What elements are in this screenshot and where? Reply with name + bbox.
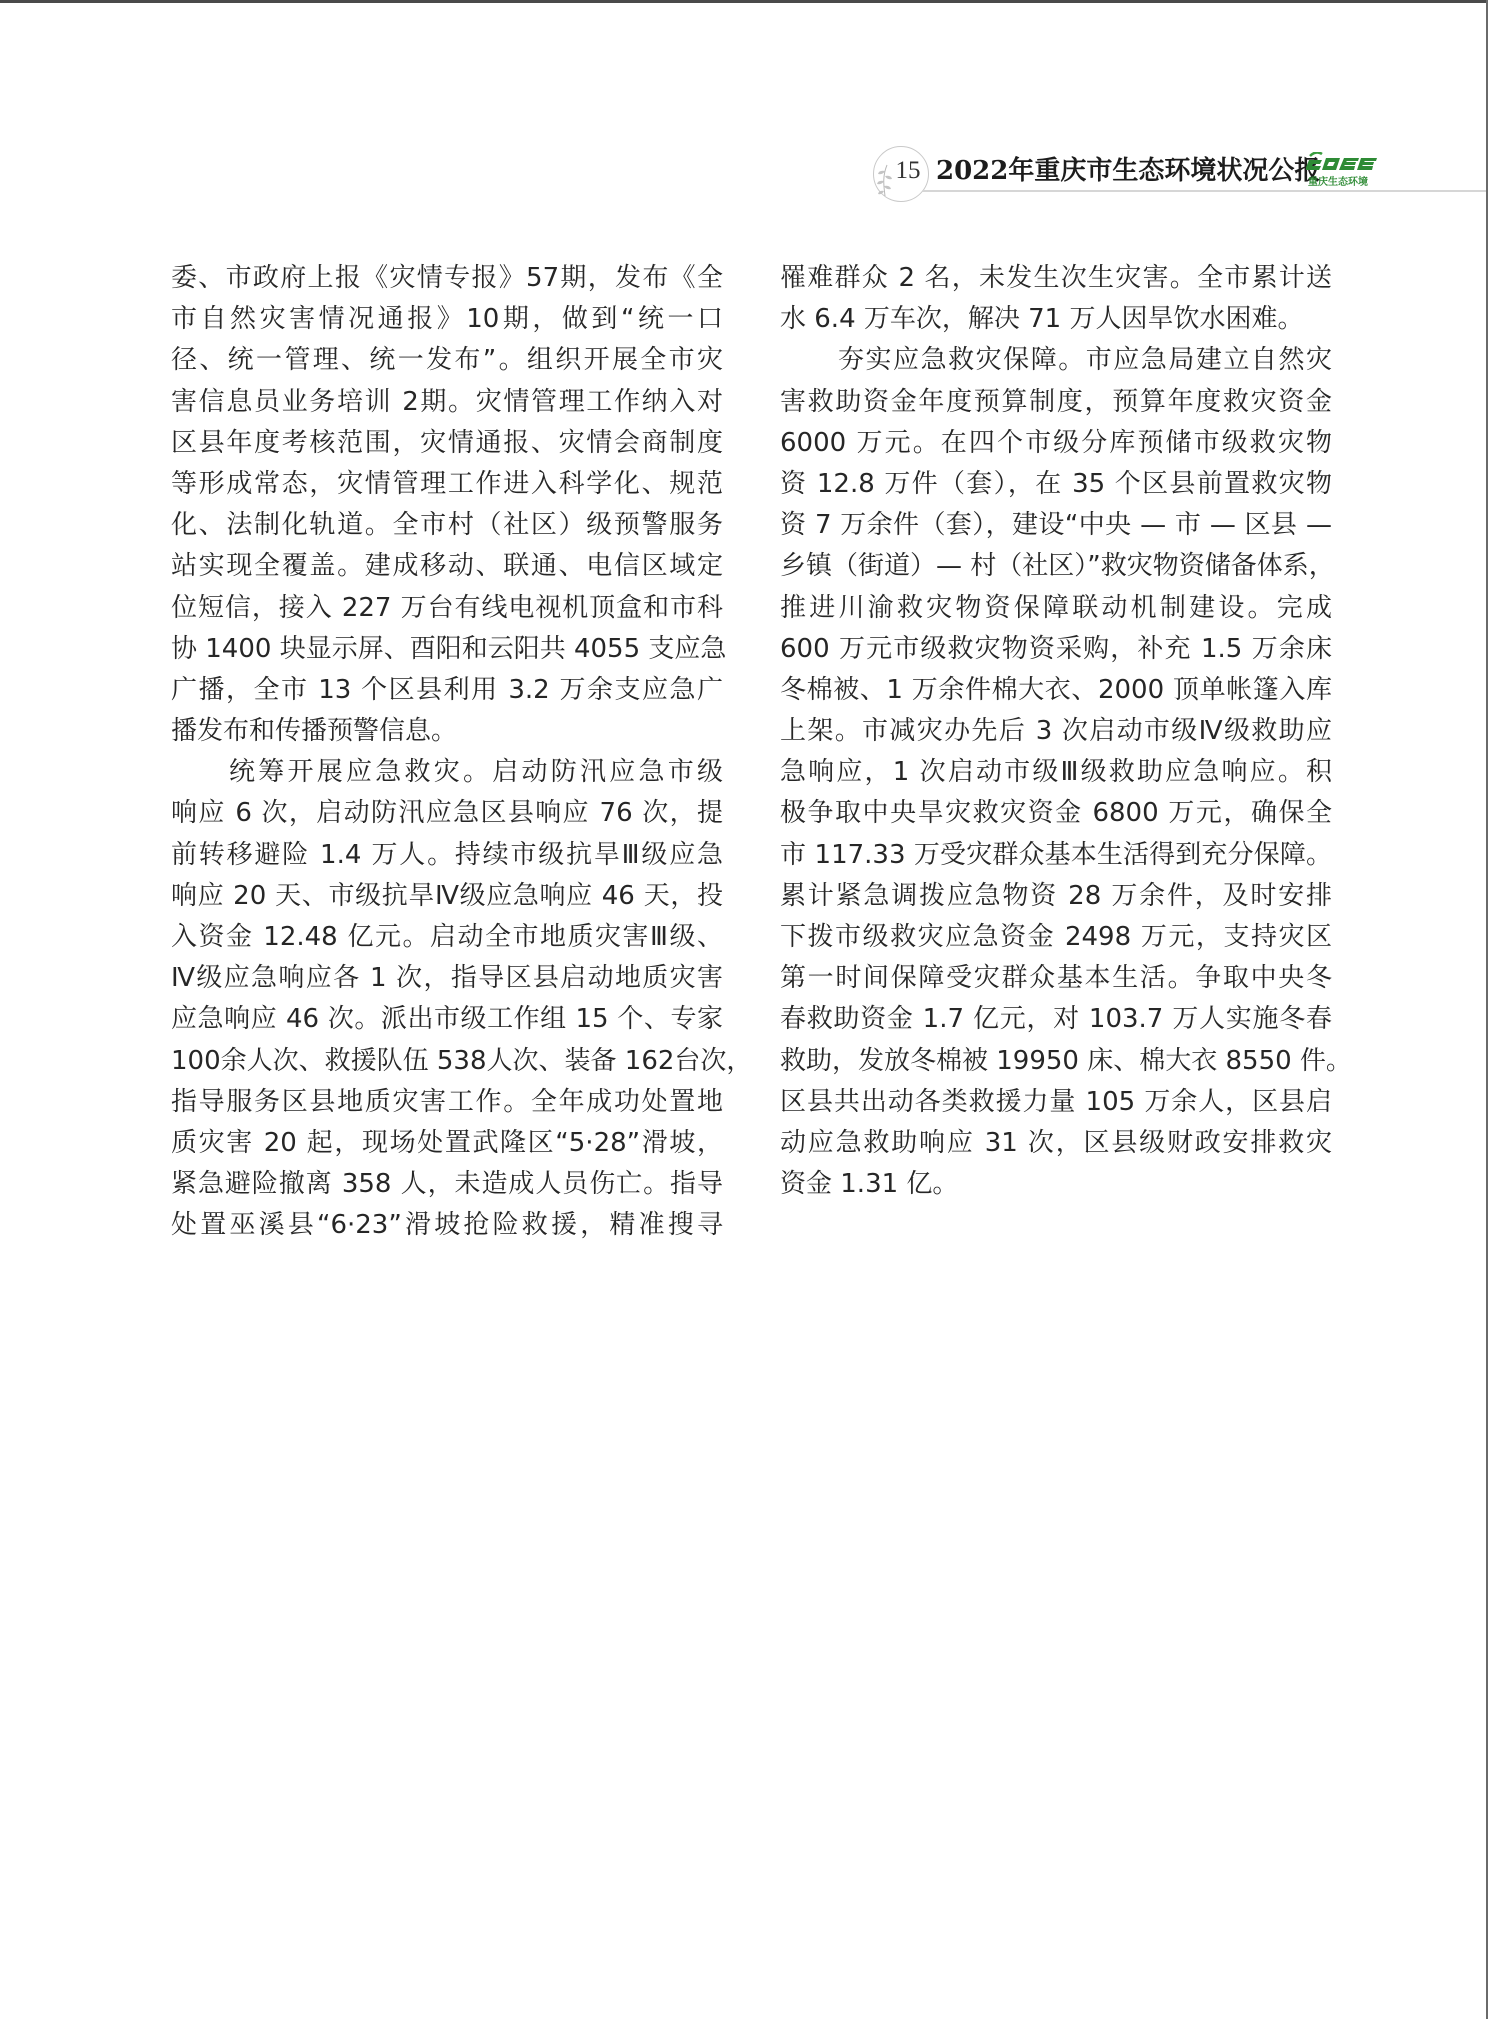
- text-line: 推进川渝救灾物资保障联动机制建设。完成: [780, 588, 1332, 629]
- text-line: 委、市政府上报《灾情专报》57期，发布《全: [171, 258, 723, 299]
- text-line: 春救助资金 1.7 亿元，对 103.7 万人实施冬春: [780, 999, 1332, 1040]
- report-title: 2022年重庆市生态环境状况公报: [936, 150, 1320, 187]
- text-line: 救助，发放冬棉被 19950 床、棉大衣 8550 件。: [780, 1041, 1332, 1082]
- text-line: 市 117.33 万受灾群众基本生活得到充分保障。: [780, 835, 1332, 876]
- cqee-logo: 重庆生态环境: [1306, 152, 1378, 188]
- text-line: 协 1400 块显示屏、酉阳和云阳共 4055 支应急: [171, 629, 723, 670]
- text-line: 资 12.8 万件（套），在 35 个区县前置救灾物: [780, 464, 1332, 505]
- text-line: 径、统一管理、统一发布”。组织开展全市灾: [171, 340, 723, 381]
- header-divider: [923, 190, 1486, 192]
- text-line: 质灾害 20 起，现场处置武隆区“5·28”滑坡，: [171, 1123, 723, 1164]
- page-number: 15: [892, 157, 924, 185]
- text-line: 害救助资金年度预算制度，预算年度救灾资金: [780, 382, 1332, 423]
- paragraph-heading-line: 统筹开展应急救灾。启动防汛应急市级: [171, 752, 723, 793]
- text-line: 下拨市级救灾应急资金 2498 万元，支持灾区: [780, 917, 1332, 958]
- page-header: 15 2022年重庆市生态环境状况公报 重庆生态环境: [0, 0, 1488, 200]
- text-line: 100余人次、救援队伍 538人次、装备 162台次，: [171, 1041, 723, 1082]
- text-line: 第一时间保障受灾群众基本生活。争取中央冬: [780, 958, 1332, 999]
- page-number-badge: 15: [873, 146, 929, 202]
- text-line: 化、法制化轨道。全市村（社区）级预警服务: [171, 505, 723, 546]
- text-line: 害信息员业务培训 2期。灾情管理工作纳入对: [171, 382, 723, 423]
- logo-caption: 重庆生态环境: [1308, 173, 1368, 188]
- text-line: 站实现全覆盖。建成移动、联通、电信区域定: [171, 546, 723, 587]
- paragraph-heading-line: 夯实应急救灾保障。市应急局建立自然灾: [780, 340, 1332, 381]
- text-line: 响应 6 次，启动防汛应急区县响应 76 次，提: [171, 793, 723, 834]
- text-line: 播发布和传播预警信息。: [171, 711, 723, 752]
- text-line: 区县年度考核范围，灾情通报、灾情会商制度: [171, 423, 723, 464]
- text-line: 位短信，接入 227 万台有线电视机顶盒和市科: [171, 588, 723, 629]
- text-line: 入资金 12.48 亿元。启动全市地质灾害Ⅲ级、: [171, 917, 723, 958]
- text-line: 前转移避险 1.4 万人。持续市级抗旱Ⅲ级应急: [171, 835, 723, 876]
- text-line: 600 万元市级救灾物资采购，补充 1.5 万余床: [780, 629, 1332, 670]
- text-line: 水 6.4 万车次，解决 71 万人因旱饮水困难。: [780, 299, 1332, 340]
- body-column-left: 委、市政府上报《灾情专报》57期，发布《全 市自然灾害情况通报》10期，做到“统…: [171, 258, 723, 1247]
- text-line: 广播，全市 13 个区县利用 3.2 万余支应急广: [171, 670, 723, 711]
- text-line: 冬棉被、1 万余件棉大衣、2000 顶单帐篷入库: [780, 670, 1332, 711]
- text-line: 极争取中央旱灾救灾资金 6800 万元，确保全: [780, 793, 1332, 834]
- text-line: 6000 万元。在四个市级分库预储市级救灾物: [780, 423, 1332, 464]
- text-line: 乡镇（街道）— 村（社区）”救灾物资储备体系，: [780, 546, 1332, 587]
- body-column-right: 罹难群众 2 名，未发生次生灾害。全市累计送 水 6.4 万车次，解决 71 万…: [780, 258, 1332, 1205]
- text-line: 区县共出动各类救援力量 105 万余人，区县启: [780, 1082, 1332, 1123]
- text-line: 等形成常态，灾情管理工作进入科学化、规范: [171, 464, 723, 505]
- text-line: 紧急避险撤离 358 人，未造成人员伤亡。指导: [171, 1164, 723, 1205]
- text-line: 资金 1.31 亿。: [780, 1164, 1332, 1205]
- text-line: Ⅳ级应急响应各 1 次，指导区县启动地质灾害: [171, 958, 723, 999]
- text-line: 资 7 万余件（套），建设“中央 — 市 — 区县 —: [780, 505, 1332, 546]
- text-line: 罹难群众 2 名，未发生次生灾害。全市累计送: [780, 258, 1332, 299]
- text-line: 应急响应 46 次。派出市级工作组 15 个、专家: [171, 999, 723, 1040]
- cqee-logo-icon: [1306, 152, 1378, 172]
- text-line: 动应急救助响应 31 次，区县级财政安排救灾: [780, 1123, 1332, 1164]
- text-line: 上架。市减灾办先后 3 次启动市级Ⅳ级救助应: [780, 711, 1332, 752]
- text-line: 响应 20 天、市级抗旱Ⅳ级应急响应 46 天，投: [171, 876, 723, 917]
- text-line: 累计紧急调拨应急物资 28 万余件，及时安排: [780, 876, 1332, 917]
- text-line: 急响应，1 次启动市级Ⅲ级救助应急响应。积: [780, 752, 1332, 793]
- text-line: 处置巫溪县“6·23”滑坡抢险救援，精准搜寻: [171, 1205, 723, 1246]
- text-line: 市自然灾害情况通报》10期，做到“统一口: [171, 299, 723, 340]
- text-line: 指导服务区县地质灾害工作。全年成功处置地: [171, 1082, 723, 1123]
